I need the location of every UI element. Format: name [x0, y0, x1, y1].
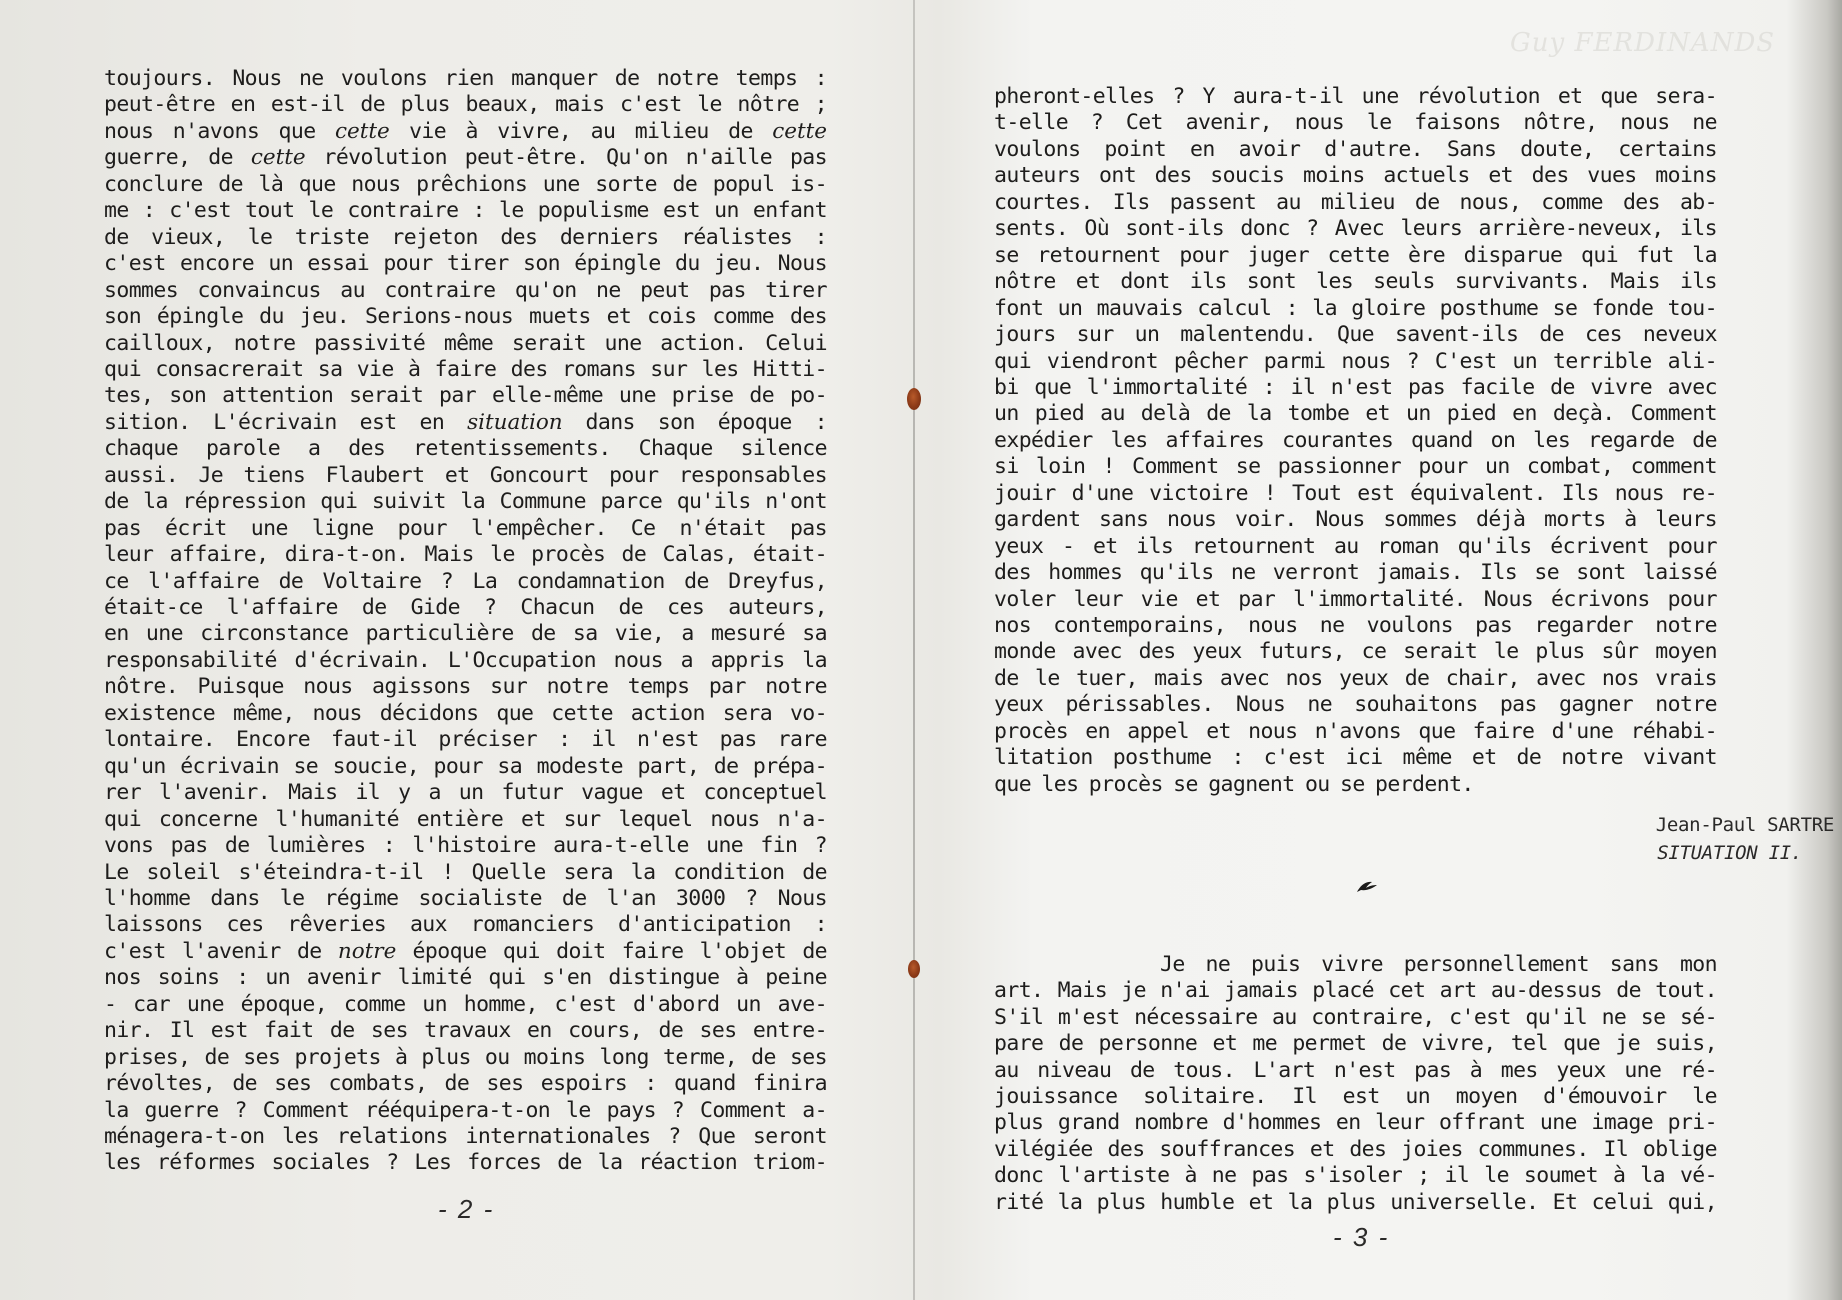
text-line: vons pas de lumières : l'histoire aura-t…	[104, 833, 827, 859]
text-line: existence même, nous décidons que cette …	[104, 701, 827, 727]
text-line: de la répression qui suivit la Commune p…	[104, 489, 827, 515]
text-line: pas écrit une ligne pour l'empêcher. Ce …	[104, 516, 827, 542]
text-line: jouissance solitaire. Il est un moyen d'…	[994, 1084, 1717, 1110]
text-line: nir. Il est fait de ses travaux en cours…	[104, 1018, 827, 1044]
text-line: qui concerne l'humanité entière et sur l…	[104, 807, 827, 833]
text-line: c'est encore un essai pour tirer son épi…	[104, 251, 827, 277]
text-line: auteurs ont des soucis moins actuels et …	[994, 163, 1717, 189]
text-line: yeux périssables. Nous ne souhaitons pas…	[994, 692, 1717, 718]
text-line: prises, de ses projets à plus ou moins l…	[104, 1045, 827, 1071]
text-line: chaque parole a des retentissements. Cha…	[104, 436, 827, 462]
text-line: leur affaire, dira-t-on. Mais le procès …	[104, 542, 827, 568]
text-line: la guerre ? Comment rééquipera-t-on le p…	[104, 1098, 827, 1124]
book-spread: Guy FERDINANDS toujours. Nous ne voulons…	[0, 0, 1842, 1300]
italic-emphasis: cette	[335, 119, 390, 144]
text-line: me : c'est tout le contraire : le populi…	[104, 198, 827, 224]
text-line: lontaire. Encore faut-il préciser : il n…	[104, 727, 827, 753]
text-line: S'il m'est nécessaire au contraire, c'es…	[994, 1005, 1717, 1031]
text-line: sents. Où sont-ils donc ? Avec leurs arr…	[994, 216, 1717, 242]
text-line: vilégiée des souffrances et des joies co…	[994, 1137, 1717, 1163]
text-line: qui viendront pêcher parmi nous ? C'est …	[994, 349, 1717, 375]
italic-emphasis: notre	[338, 939, 396, 964]
text-line: sition. L'écrivain est en situation dans…	[104, 410, 827, 436]
text-line: c'est l'avenir de notre époque qui doit …	[104, 939, 827, 965]
attribution-author: Jean-Paul SARTRE	[1656, 812, 1834, 838]
text-line: qu'un écrivain se soucie, pour sa modest…	[104, 754, 827, 780]
text-line: pheront-elles ? Y aura-t-il une révoluti…	[994, 84, 1717, 110]
text-line: toujours. Nous ne voulons rien manquer d…	[104, 66, 827, 92]
text-line: pare de personne et me permet de vivre, …	[994, 1031, 1717, 1057]
text-line: responsabilité d'écrivain. L'Occupation …	[104, 648, 827, 674]
text-line: qui consacrerait sa vie à faire des roma…	[104, 357, 827, 383]
text-line: bi que l'immortalité : il n'est pas faci…	[994, 375, 1717, 401]
text-line: des hommes qu'ils ne verront jamais. Ils…	[994, 560, 1717, 586]
text-line: conclure de là que nous prêchions une so…	[104, 172, 827, 198]
text-line: de le tuer, mais avec nos yeux de chair,…	[994, 666, 1717, 692]
text-line: expédier les affaires courantes quand on…	[994, 428, 1717, 454]
text-line: se retournent pour juger cette ère dispa…	[994, 243, 1717, 269]
page-number-left: - 2 -	[438, 1194, 494, 1225]
text-line: tes, son attention serait par elle-même …	[104, 383, 827, 409]
text-line: révoltes, de ses combats, de ses espoirs…	[104, 1071, 827, 1097]
staple-bottom	[908, 960, 920, 978]
text-line: aussi. Je tiens Flaubert et Goncourt pou…	[104, 463, 827, 489]
text-line: art. Mais je n'ai jamais placé cet art a…	[994, 978, 1717, 1004]
italic-emphasis: situation	[467, 410, 563, 435]
text-line: son épingle du jeu. Serions-nous muets e…	[104, 304, 827, 330]
text-line: monde avec des yeux futurs, ce serait le…	[994, 639, 1717, 665]
show-through-header: Guy FERDINANDS	[1510, 28, 1775, 58]
text-line: nôtre et dont ils sont les seuls surviva…	[994, 269, 1717, 295]
text-line: jours sur un malentendu. Que savent-ils …	[994, 322, 1717, 348]
text-line: donc l'artiste à ne pas s'isoler ; il le…	[994, 1163, 1717, 1189]
text-line: - car une époque, comme un homme, c'est …	[104, 992, 827, 1018]
text-line: un pied au delà de la tombe et un pied e…	[994, 401, 1717, 427]
text-line: voler leur vie et par l'immortalité. Nou…	[994, 587, 1717, 613]
text-line: Le soleil s'éteindra-t-il ! Quelle sera …	[104, 860, 827, 886]
italic-emphasis: cette	[772, 119, 827, 144]
text-line: sommes convaincus au contraire qu'on ne …	[104, 278, 827, 304]
text-line: litation posthume : c'est ici même et de…	[994, 745, 1717, 771]
text-line: l'homme dans le régime socialiste de l'a…	[104, 886, 827, 912]
text-line: si loin ! Comment se passionner pour un …	[994, 454, 1717, 480]
text-line: en une circonstance particulière de sa v…	[104, 621, 827, 647]
text-line: plus grand nombre d'hommes en leur offra…	[994, 1110, 1717, 1136]
text-line: Je ne puis vivre personnellement sans mo…	[994, 952, 1717, 978]
text-line: rer l'avenir. Mais il y a un futur vague…	[104, 780, 827, 806]
text-line: laissons ces rêveries aux romanciers d'a…	[104, 912, 827, 938]
text-line: yeux - et ils retournent au roman qu'ils…	[994, 534, 1717, 560]
quill-flourish-icon	[1355, 878, 1379, 894]
text-line: les réformes sociales ? Les forces de la…	[104, 1150, 827, 1176]
text-line: courtes. Ils passent au milieu de nous, …	[994, 190, 1717, 216]
text-line: jouir d'une victoire ! Tout est équivale…	[994, 481, 1717, 507]
text-line: de vieux, le triste rejeton des derniers…	[104, 225, 827, 251]
text-line: nos soins : un avenir limité qui s'en di…	[104, 965, 827, 991]
book-gutter	[913, 0, 915, 1300]
text-line: cailloux, notre passivité même serait un…	[104, 331, 827, 357]
text-line: nos contemporains, nous ne voulons pas r…	[994, 613, 1717, 639]
text-line: peut-être en est-il de plus beaux, mais …	[104, 92, 827, 118]
text-line: t-elle ? Cet avenir, nous le faisons nôt…	[994, 110, 1717, 136]
attribution-work: SITUATION II.	[1657, 840, 1802, 866]
text-line: nous n'avons que cette vie à vivre, au m…	[104, 119, 827, 145]
text-line: nôtre. Puisque nous agissons sur notre t…	[104, 674, 827, 700]
text-line: font un mauvais calcul : la gloire posth…	[994, 296, 1717, 322]
text-line: rité la plus humble et la plus universel…	[994, 1190, 1717, 1216]
text-line: procès en appel et nous n'avons que fair…	[994, 719, 1717, 745]
page-number-right: - 3 -	[1333, 1222, 1389, 1253]
text-line: au niveau de tous. L'art n'est pas à mes…	[994, 1058, 1717, 1084]
staple-top	[907, 388, 921, 410]
text-line: voulons point en avoir d'autre. Sans dou…	[994, 137, 1717, 163]
text-line: ce l'affaire de Voltaire ? La condamnati…	[104, 569, 827, 595]
text-line: que les procès se gagnent ou se perdent.	[994, 772, 1717, 798]
text-line: guerre, de cette révolution peut-être. Q…	[104, 145, 827, 171]
text-line: ménagera-t-on les relations internationa…	[104, 1124, 827, 1150]
text-line: gardent sans nous voir. Nous sommes déjà…	[994, 507, 1717, 533]
italic-emphasis: cette	[251, 145, 306, 170]
text-line: était-ce l'affaire de Gide ? Chacun de c…	[104, 595, 827, 621]
